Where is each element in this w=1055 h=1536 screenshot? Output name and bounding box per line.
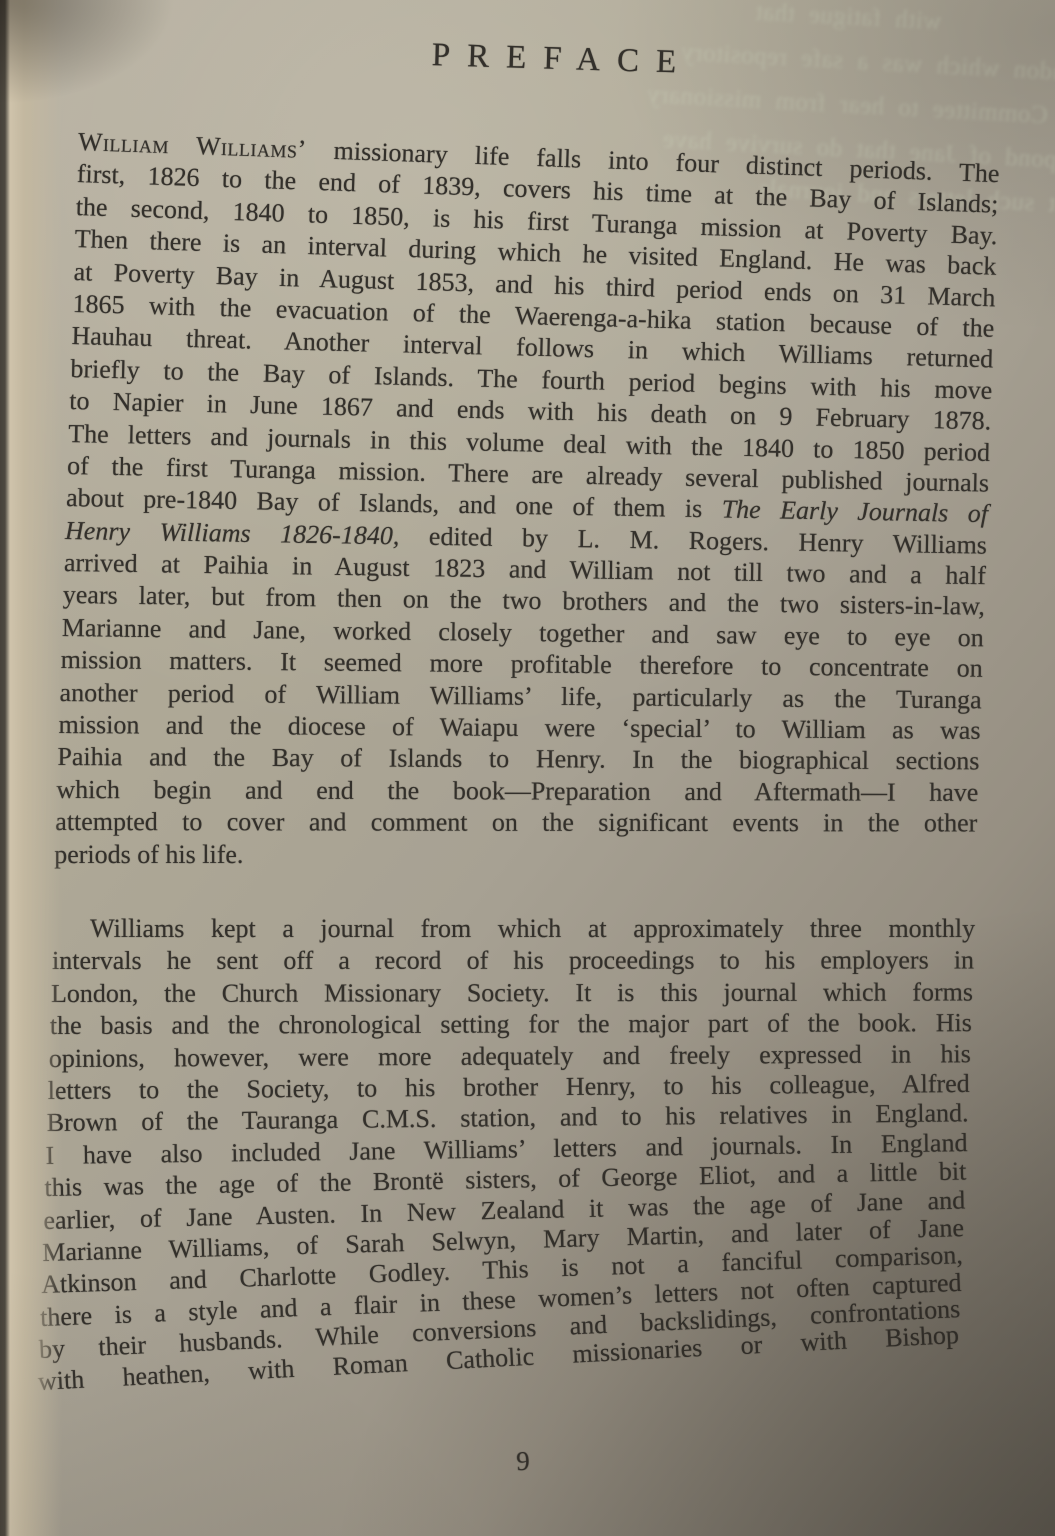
- body-text: intervals he sent off a record of his pr…: [52, 946, 974, 976]
- italic-text: The Early Journals of: [721, 495, 988, 529]
- text-line: periods of his life.: [54, 839, 976, 871]
- body-text: periods of his life.: [54, 840, 243, 869]
- text-line: the basis and the chronological setting …: [50, 1007, 972, 1042]
- body-text: the basis and the chronological setting …: [50, 1008, 972, 1040]
- text-line: attempted to cover and comment on the si…: [55, 806, 977, 840]
- text-line: Williams kept a journal from which at ap…: [53, 913, 975, 945]
- page-title: PREFACE: [0, 24, 1055, 92]
- body-text: opinions, however, were more adequately …: [49, 1039, 971, 1073]
- paragraph: William Williams’ missionary life falls …: [38, 126, 960, 871]
- text-line: intervals he sent off a record of his pr…: [52, 945, 974, 978]
- text-line: which begin and end the book—Preparation…: [56, 774, 978, 809]
- body-text: attempted to cover and comment on the si…: [55, 807, 977, 837]
- page-number: 9: [0, 1428, 1046, 1495]
- body-text: Williams kept a journal from which at ap…: [90, 914, 975, 943]
- preface-text: William Williams’ missionary life falls …: [38, 126, 960, 1399]
- paragraph: Williams kept a journal from which at ap…: [38, 913, 960, 1399]
- book-page-photo: with fatigue thatjourneys, in London whi…: [0, 0, 1055, 1536]
- italic-text: Henry Williams 1826-1840,: [65, 516, 400, 550]
- body-text: Paihia and the Bay of Islands to Henry. …: [57, 742, 979, 775]
- body-text: another period of William Williams’ life…: [60, 678, 982, 714]
- body-text: which begin and end the book—Preparation…: [56, 775, 978, 807]
- body-text: mission and the diocese of Waiapu were ‘…: [58, 710, 980, 745]
- body-text: London, the Church Missionary Society. I…: [51, 977, 973, 1008]
- text-line: Paihia and the Bay of Islands to Henry. …: [57, 741, 979, 778]
- text-line: London, the Church Missionary Society. I…: [51, 976, 973, 1010]
